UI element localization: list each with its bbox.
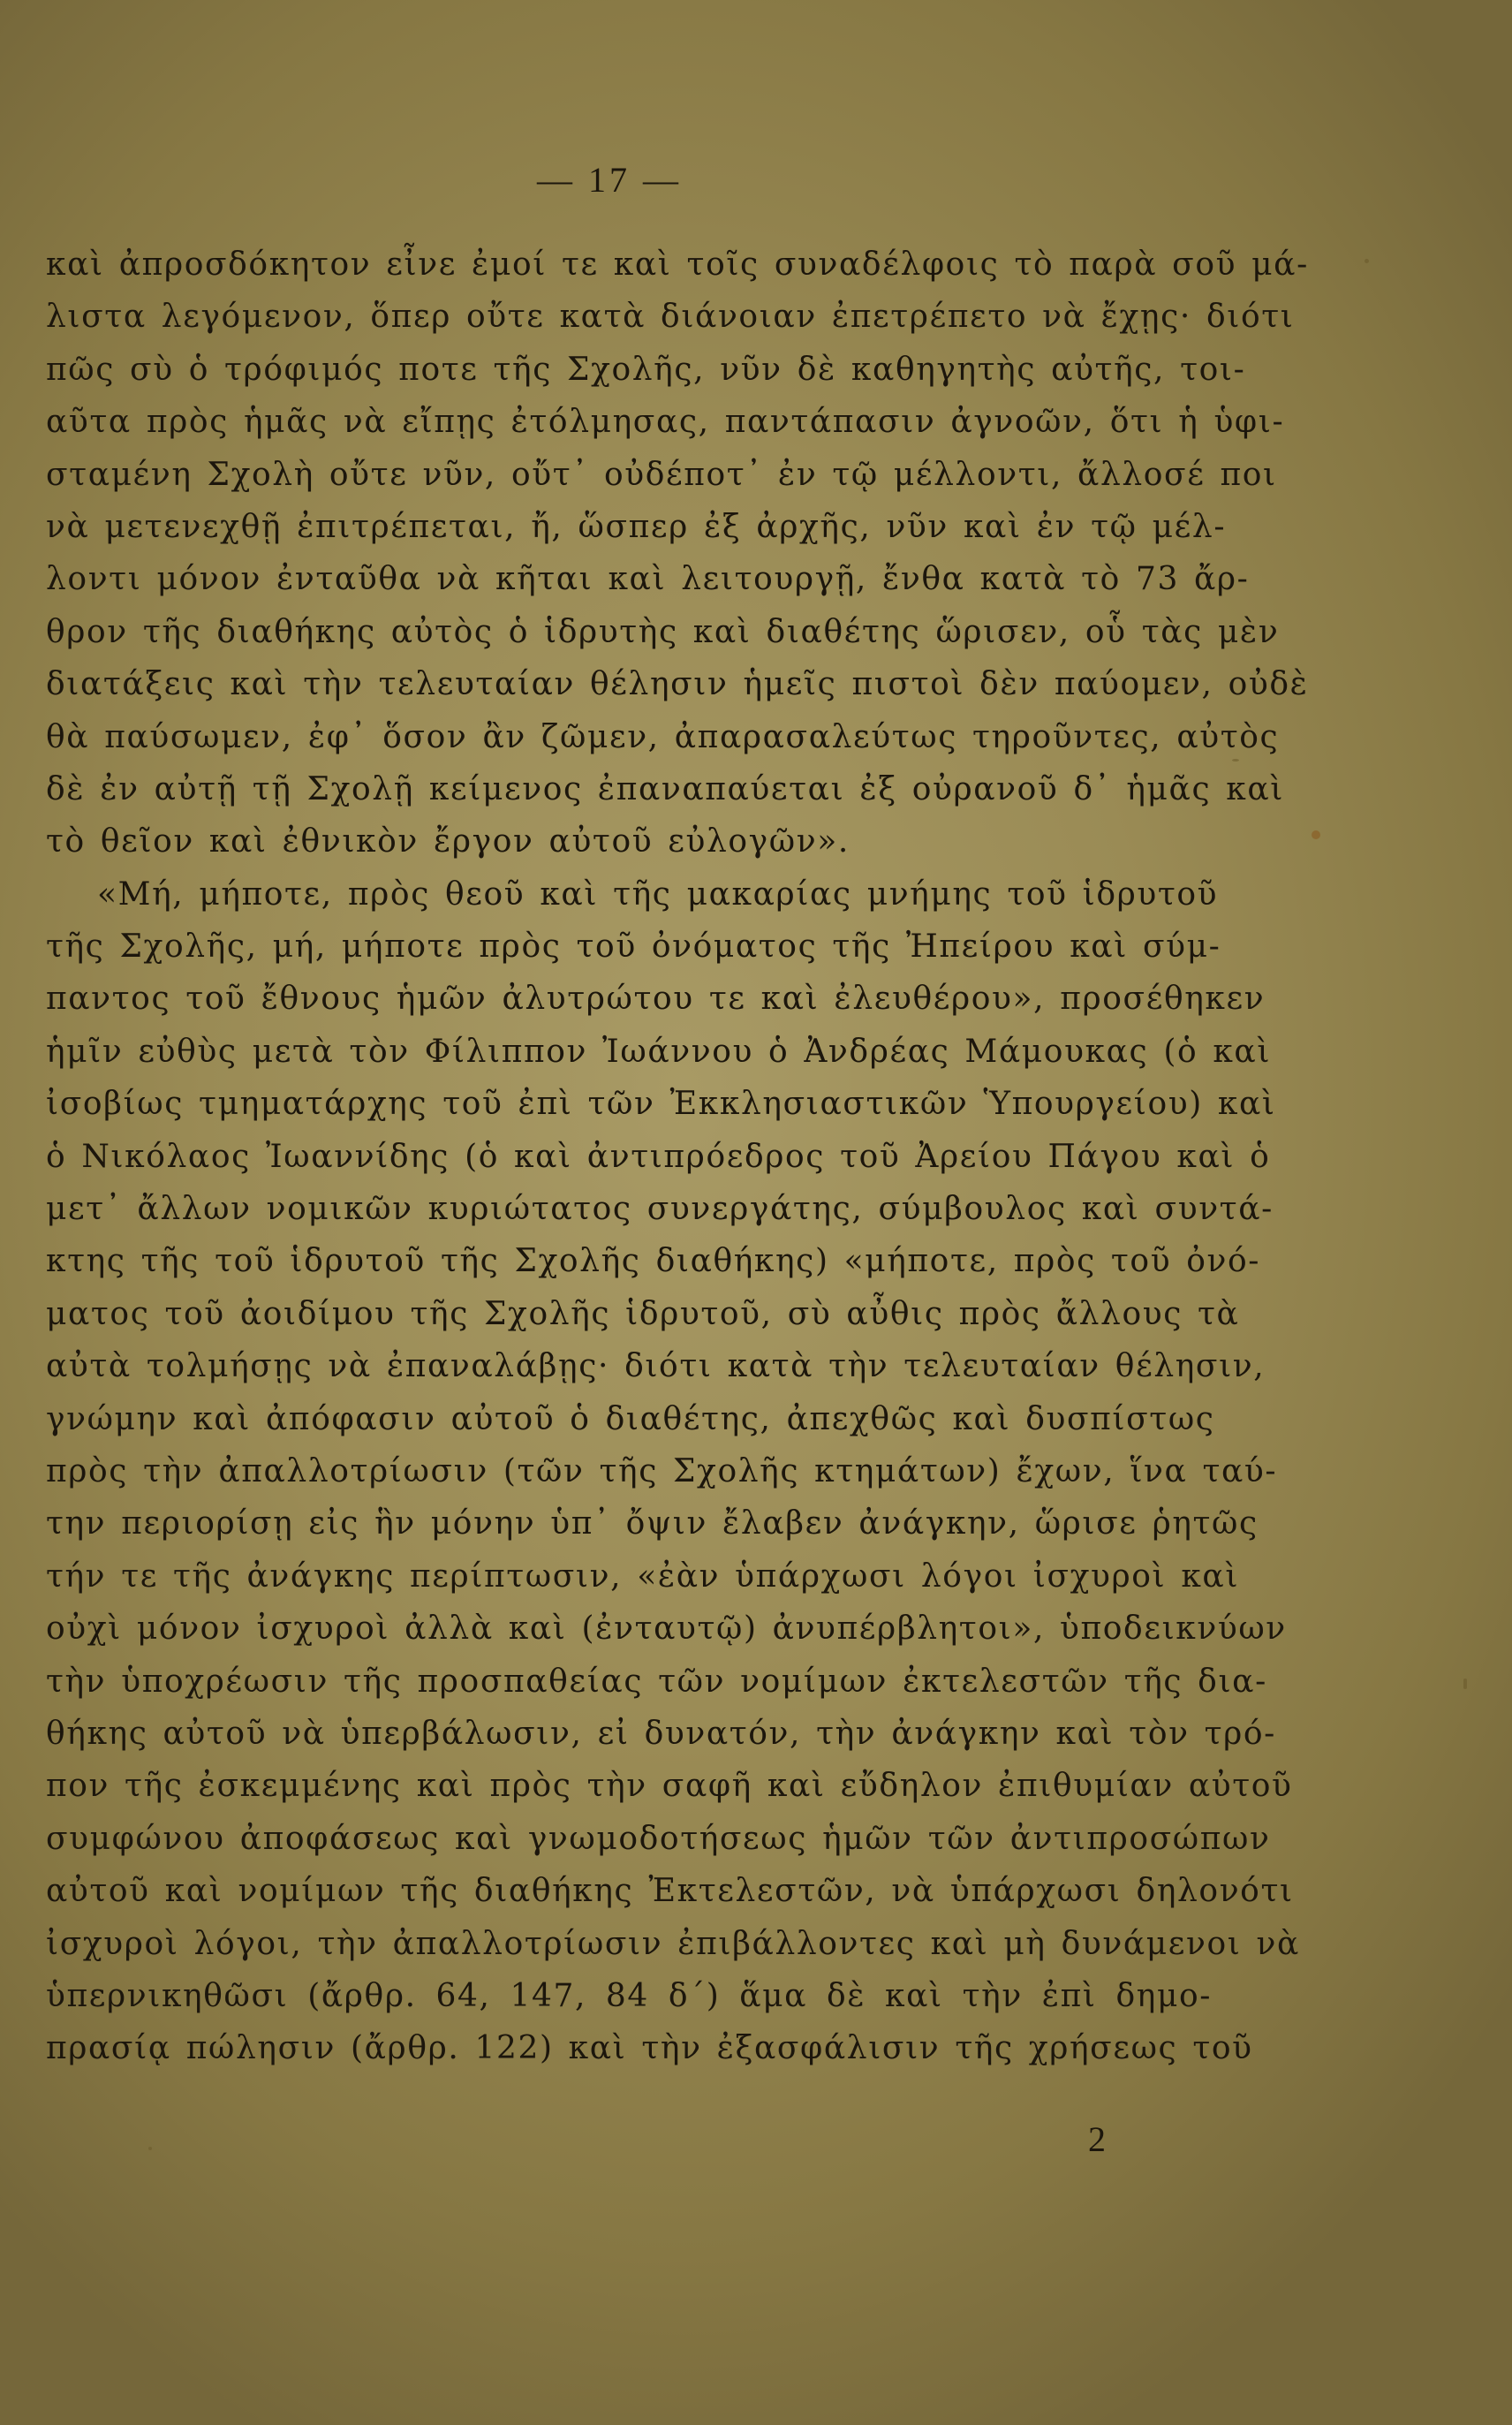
text-line: λιστα λεγόμενον, ὅπερ οὔτε κατὰ διάνοιαν…: [46, 291, 1212, 343]
text-line: ὑπερνικηθῶσι (ἄρθρ. 64, 147, 84 δ´) ἅμα …: [46, 1970, 1212, 2022]
text-line: πον τῆς ἐσκεμμένης καὶ πρὸς τὴν σαφῆ καὶ…: [46, 1760, 1212, 1812]
text-line: πρὸς τὴν ἀπαλλοτρίωσιν (τῶν τῆς Σχολῆς κ…: [46, 1445, 1212, 1497]
text-line: ματος τοῦ ἀοιδίμου τῆς Σχολῆς ἱδρυτοῦ, σ…: [46, 1288, 1212, 1340]
text-line: μετ᾿ ἄλλων νομικῶν κυριώτατος συνεργάτης…: [46, 1183, 1212, 1235]
text-line: πῶς σὺ ὁ τρόφιμός ποτε τῆς Σχολῆς, νῦν δ…: [46, 344, 1212, 396]
text-line: σταμένη Σχολὴ οὔτε νῦν, οὔτ᾿ οὐδέποτ᾿ ἐν…: [46, 449, 1212, 501]
text-line: νὰ μετενεχθῇ ἐπιτρέπεται, ἤ, ὥσπερ ἐξ ἀρ…: [46, 501, 1212, 553]
text-line: τήν τε τῆς ἀνάγκης περίπτωσιν, «ἐὰν ὑπάρ…: [46, 1550, 1212, 1603]
text-line: αὐτὰ τολμήσῃς νὰ ἐπαναλάβῃς· διότι κατὰ …: [46, 1340, 1212, 1392]
text-line: διατάξεις καὶ τὴν τελευταίαν θέλησιν ἡμε…: [46, 658, 1212, 710]
paper-speck: [148, 2147, 152, 2150]
scanned-book-page: — 17 — καὶ ἀπροσδόκητον εἶνε ἐμοί τε καὶ…: [0, 0, 1512, 2425]
text-line: τὸ θεῖον καὶ ἐθνικὸν ἔργον αὐτοῦ εὐλογῶν…: [46, 815, 1212, 868]
text-line: «Μή, μήποτε, πρὸς θεοῦ καὶ τῆς μακαρίας …: [46, 868, 1212, 921]
text-line: λοντι μόνον ἐνταῦθα νὰ κῆται καὶ λειτουρ…: [46, 553, 1212, 605]
paper-speck: [1365, 259, 1369, 263]
paper-speck: [1232, 759, 1239, 762]
text-line: θὰ παύσωμεν, ἐφ᾿ ὅσον ἂν ζῶμεν, ἀπαρασαλ…: [46, 711, 1212, 763]
text-line: δὲ ἐν αὐτῇ τῇ Σχολῇ κείμενος ἐπαναπαύετα…: [46, 763, 1212, 815]
text-line: ἰσοβίως τμηματάρχης τοῦ ἐπὶ τῶν Ἐκκλησια…: [46, 1078, 1212, 1130]
text-line: πρασίᾳ πώλησιν (ἄρθρ. 122) καὶ τὴν ἐξασφ…: [46, 2022, 1212, 2074]
text-line: συμφώνου ἀποφάσεως καὶ γνωμοδοτήσεως ἡμῶ…: [46, 1813, 1212, 1865]
text-line: τὴν ὑποχρέωσιν τῆς προσπαθείας τῶν νομίμ…: [46, 1656, 1212, 1708]
text-line: παντος τοῦ ἔθνους ἡμῶν ἀλυτρώτου τε καὶ …: [46, 973, 1212, 1025]
text-line: ἡμῖν εὐθὺς μετὰ τὸν Φίλιππον Ἰωάννου ὁ Ἀ…: [46, 1026, 1212, 1078]
signature-mark: 2: [1088, 2118, 1106, 2160]
text-line: οὐχὶ μόνον ἰσχυροὶ ἀλλὰ καὶ (ἐνταυτῷ) ἀν…: [46, 1603, 1212, 1655]
text-line: αὐτοῦ καὶ νομίμων τῆς διαθήκης Ἐκτελεστῶ…: [46, 1865, 1212, 1917]
text-line: γνώμην καὶ ἀπόφασιν αὐτοῦ ὁ διαθέτης, ἀπ…: [46, 1393, 1212, 1445]
text-line: ἰσχυροὶ λόγοι, τὴν ἀπαλλοτρίωσιν ἐπιβάλλ…: [46, 1918, 1212, 1970]
page-number: — 17 —: [0, 159, 1219, 201]
text-line: τῆς Σχολῆς, μή, μήποτε πρὸς τοῦ ὀνόματος…: [46, 921, 1212, 973]
body-text: καὶ ἀπροσδόκητον εἶνε ἐμοί τε καὶ τοῖς σ…: [46, 239, 1212, 2075]
paper-speck: [1463, 1679, 1467, 1689]
text-line: θήκης αὐτοῦ νὰ ὑπερβάλωσιν, εἰ δυνατόν, …: [46, 1708, 1212, 1760]
text-line: αῦτα πρὸς ἡμᾶς νὰ εἴπῃς ἐτόλμησας, παντά…: [46, 396, 1212, 448]
paper-stain: [1312, 830, 1320, 839]
text-line: την περιορίσῃ εἰς ἣν μόνην ὑπ᾿ ὄψιν ἔλαβ…: [46, 1497, 1212, 1550]
text-line: ὁ Νικόλαος Ἰωαννίδης (ὁ καὶ ἀντιπρόεδρος…: [46, 1131, 1212, 1183]
text-line: καὶ ἀπροσδόκητον εἶνε ἐμοί τε καὶ τοῖς σ…: [46, 239, 1212, 291]
text-line: θρον τῆς διαθήκης αὐτὸς ὁ ἱδρυτὴς καὶ δι…: [46, 606, 1212, 658]
text-line: κτης τῆς τοῦ ἱδρυτοῦ τῆς Σχολῆς διαθήκης…: [46, 1235, 1212, 1287]
